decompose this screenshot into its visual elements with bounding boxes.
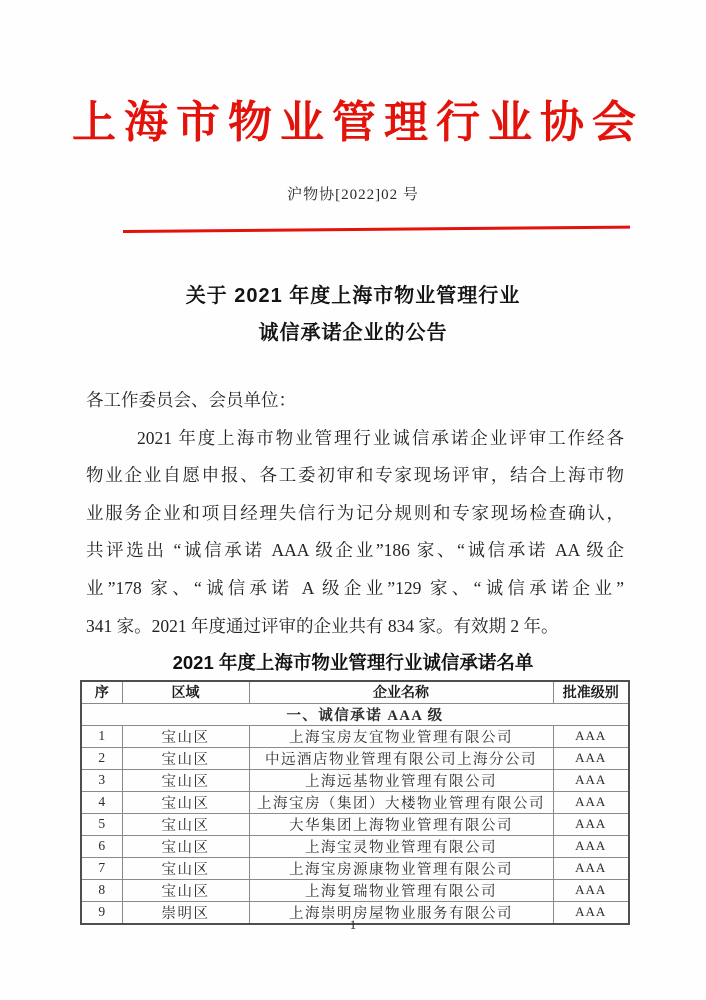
notice-title-line2: 诚信承诺企业的公告: [0, 315, 706, 352]
roster-title: 2021 年度上海市物业管理行业诚信承诺名单: [0, 649, 706, 675]
cell-serial: 1: [81, 725, 122, 747]
cell-company-name: 上海远基物业管理有限公司: [249, 769, 553, 791]
cell-district: 宝山区: [122, 813, 249, 835]
cell-company-name: 大华集团上海物业管理有限公司: [249, 813, 553, 835]
cell-serial: 8: [81, 879, 122, 901]
cell-approved-grade: AAA: [553, 747, 629, 769]
letterhead-doc-number: 沪物协[2022]02 号: [0, 183, 706, 204]
cell-serial: 6: [81, 835, 122, 857]
cell-serial: 3: [81, 769, 122, 791]
cell-approved-grade: AAA: [553, 791, 629, 813]
cell-approved-grade: AAA: [553, 835, 629, 857]
cell-district: 宝山区: [122, 857, 249, 879]
roster-section-row: 一、诚信承诺 AAA 级: [81, 703, 629, 725]
notice-body-line: 物业企业自愿申报、各工委初审和专家现场评审，结合上海市物: [86, 457, 624, 495]
roster-table-row: 6宝山区上海宝灵物业管理有限公司AAA: [81, 835, 629, 857]
notice-body-line: 共评选出 “诚信承诺 AAA 级企业”186 家、“诚信承诺 AA 级企: [86, 532, 624, 570]
notice-body-line: 341 家。2021 年度通过评审的企业共有 834 家。有效期 2 年。: [86, 608, 624, 646]
roster-column-header: 区域: [122, 681, 249, 703]
roster-table-row: 3宝山区上海远基物业管理有限公司AAA: [81, 769, 629, 791]
cell-approved-grade: AAA: [553, 725, 629, 747]
cell-district: 宝山区: [122, 791, 249, 813]
notice-body: 各工作委员会、会员单位： 2021 年度上海市物业管理行业诚信承诺企业评审工作经…: [86, 382, 624, 645]
notice-body-line: 业”178 家、“诚信承诺 A 级企业”129 家、“诚信承诺企业”: [86, 570, 624, 608]
roster-column-header: 批准级别: [553, 681, 629, 703]
cell-company-name: 上海宝房（集团）大楼物业管理有限公司: [249, 791, 553, 813]
document-page: 上海市物业管理行业协会 沪物协[2022]02 号 关于 2021 年度上海市物…: [0, 0, 706, 1000]
cell-serial: 5: [81, 813, 122, 835]
letterhead-org-title: 上海市物业管理行业协会: [0, 86, 706, 150]
cell-company-name: 上海复瑞物业管理有限公司: [249, 879, 553, 901]
notice-salutation: 各工作委员会、会员单位：: [86, 382, 624, 420]
roster-header-row: 序区域企业名称批准级别: [81, 681, 629, 703]
cell-company-name: 上海宝房友宜物业管理有限公司: [249, 725, 553, 747]
notice-title: 关于 2021 年度上海市物业管理行业 诚信承诺企业的公告: [0, 278, 706, 352]
cell-district: 宝山区: [122, 769, 249, 791]
roster-column-header: 序: [81, 681, 122, 703]
cell-serial: 7: [81, 857, 122, 879]
roster-table-row: 4宝山区上海宝房（集团）大楼物业管理有限公司AAA: [81, 791, 629, 813]
cell-district: 宝山区: [122, 835, 249, 857]
cell-serial: 2: [81, 747, 122, 769]
roster-table-row: 1宝山区上海宝房友宜物业管理有限公司AAA: [81, 725, 629, 747]
roster-table: 序区域企业名称批准级别 一、诚信承诺 AAA 级1宝山区上海宝房友宜物业管理有限…: [80, 680, 630, 925]
letterhead-divider-rule: [123, 226, 630, 233]
cell-approved-grade: AAA: [553, 879, 629, 901]
roster-table-row: 7宝山区上海宝房源康物业管理有限公司AAA: [81, 857, 629, 879]
cell-serial: 4: [81, 791, 122, 813]
roster-section-header: 一、诚信承诺 AAA 级: [81, 703, 629, 725]
notice-body-line: 2021 年度上海市物业管理行业诚信承诺企业评审工作经各: [86, 420, 624, 458]
cell-company-name: 中远酒店物业管理有限公司上海分公司: [249, 747, 553, 769]
cell-district: 宝山区: [122, 747, 249, 769]
cell-district: 宝山区: [122, 725, 249, 747]
cell-company-name: 上海宝房源康物业管理有限公司: [249, 857, 553, 879]
cell-district: 宝山区: [122, 879, 249, 901]
cell-approved-grade: AAA: [553, 813, 629, 835]
roster-column-header: 企业名称: [249, 681, 553, 703]
page-number: 1: [0, 918, 706, 933]
notice-body-line: 业服务企业和项目经理失信行为记分规则和专家现场检查确认，: [86, 495, 624, 533]
cell-company-name: 上海宝灵物业管理有限公司: [249, 835, 553, 857]
cell-approved-grade: AAA: [553, 857, 629, 879]
roster-table-row: 2宝山区中远酒店物业管理有限公司上海分公司AAA: [81, 747, 629, 769]
cell-approved-grade: AAA: [553, 769, 629, 791]
roster-table-row: 5宝山区大华集团上海物业管理有限公司AAA: [81, 813, 629, 835]
roster-table-row: 8宝山区上海复瑞物业管理有限公司AAA: [81, 879, 629, 901]
notice-title-line1: 关于 2021 年度上海市物业管理行业: [0, 278, 706, 315]
